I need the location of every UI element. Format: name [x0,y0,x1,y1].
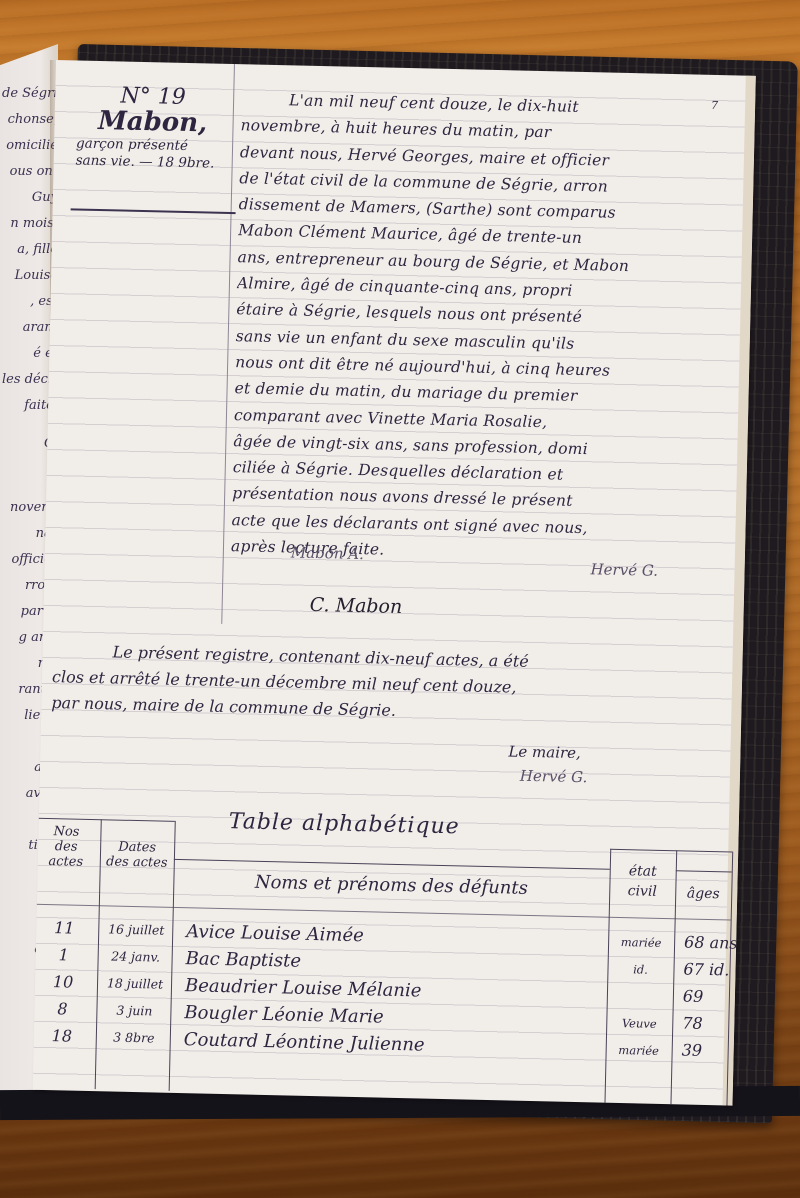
cell-age: 68 ans [674,932,732,952]
cell-date: 16 juillet [98,921,174,938]
header-text: Nos [33,824,101,841]
header-numbers: Nos des actes [33,824,101,871]
cell-age: 67 id. [673,959,731,979]
header-dates: Dates des actes [100,839,175,871]
cell-age: 78 [672,1013,730,1033]
alphabetical-index-table: Nos des actes Dates des actes Noms et pr… [33,818,737,1104]
table-top-rule [33,818,175,823]
cell-name: Avice Louise Aimée [186,921,364,946]
cell-etat-civil: id. [609,962,671,977]
cell-age: 39 [671,1040,729,1060]
cell-date: 24 janv. [98,948,174,965]
header-text: Dates [100,839,174,856]
cell-age: 69 [673,986,731,1006]
closing-mayor-title: Le maire, [508,742,581,762]
cell-act-number: 1 [33,945,96,965]
header-ages: âges [675,886,731,902]
cell-etat-civil: Veuve [608,1016,670,1031]
act-signatures: Mabon A. Hervé G. C. Mabon [229,542,731,633]
header-bottom-rule [33,904,731,921]
signature-declarant: Mabon A. [291,543,364,563]
cell-date: 18 juillet [97,975,173,992]
cell-date: 3 8bre [96,1029,172,1046]
cell-act-number: 10 [33,972,96,992]
header-text: actes [33,854,100,871]
table-top-rule [610,849,732,853]
header-text: état [610,861,676,882]
civil-act-text: L'an mil neuf cent douze, le dix-huit no… [231,86,742,571]
table-top-rule [174,859,610,870]
header-names: Noms et prénoms des défunts [173,873,609,898]
header-etat-civil: état civil [609,861,676,902]
entry-margin-heading: N° 19 Mabon, garçon présenté sans vie. —… [72,82,234,173]
cell-act-number: 11 [33,918,97,938]
cell-act-number: 8 [33,999,95,1019]
signature-father: C. Mabon [309,594,402,618]
cell-act-number: 18 [33,1026,94,1046]
header-text: des [33,839,101,856]
cell-etat-civil: mariée [608,1043,670,1058]
register-page: N° 19 Mabon, garçon présenté sans vie. —… [33,60,756,1106]
cell-etat-civil: mariée [610,935,672,950]
entry-note-line-2: sans vie. — 18 9bre. [72,152,232,173]
entry-underline [71,208,236,214]
header-text: civil [609,881,675,902]
table-top-rule [676,870,732,873]
cell-date: 3 juin [96,1002,172,1019]
cell-name: Bougler Léonie Marie [184,1002,384,1028]
entry-surname: Mabon, [72,105,233,139]
signature-mayor: Hervé G. [590,560,658,580]
register-closing-statement: Le présent registre, contenant dix-neuf … [51,638,733,731]
cell-name: Bac Baptiste [185,948,301,972]
header-text: des actes [100,854,174,871]
closing-mayor-signature: Hervé G. [520,767,588,787]
cell-name: Beaudrier Louise Mélanie [185,975,422,1001]
cell-name: Coutard Léontine Julienne [184,1029,425,1055]
cell-etat-civil [609,989,671,990]
